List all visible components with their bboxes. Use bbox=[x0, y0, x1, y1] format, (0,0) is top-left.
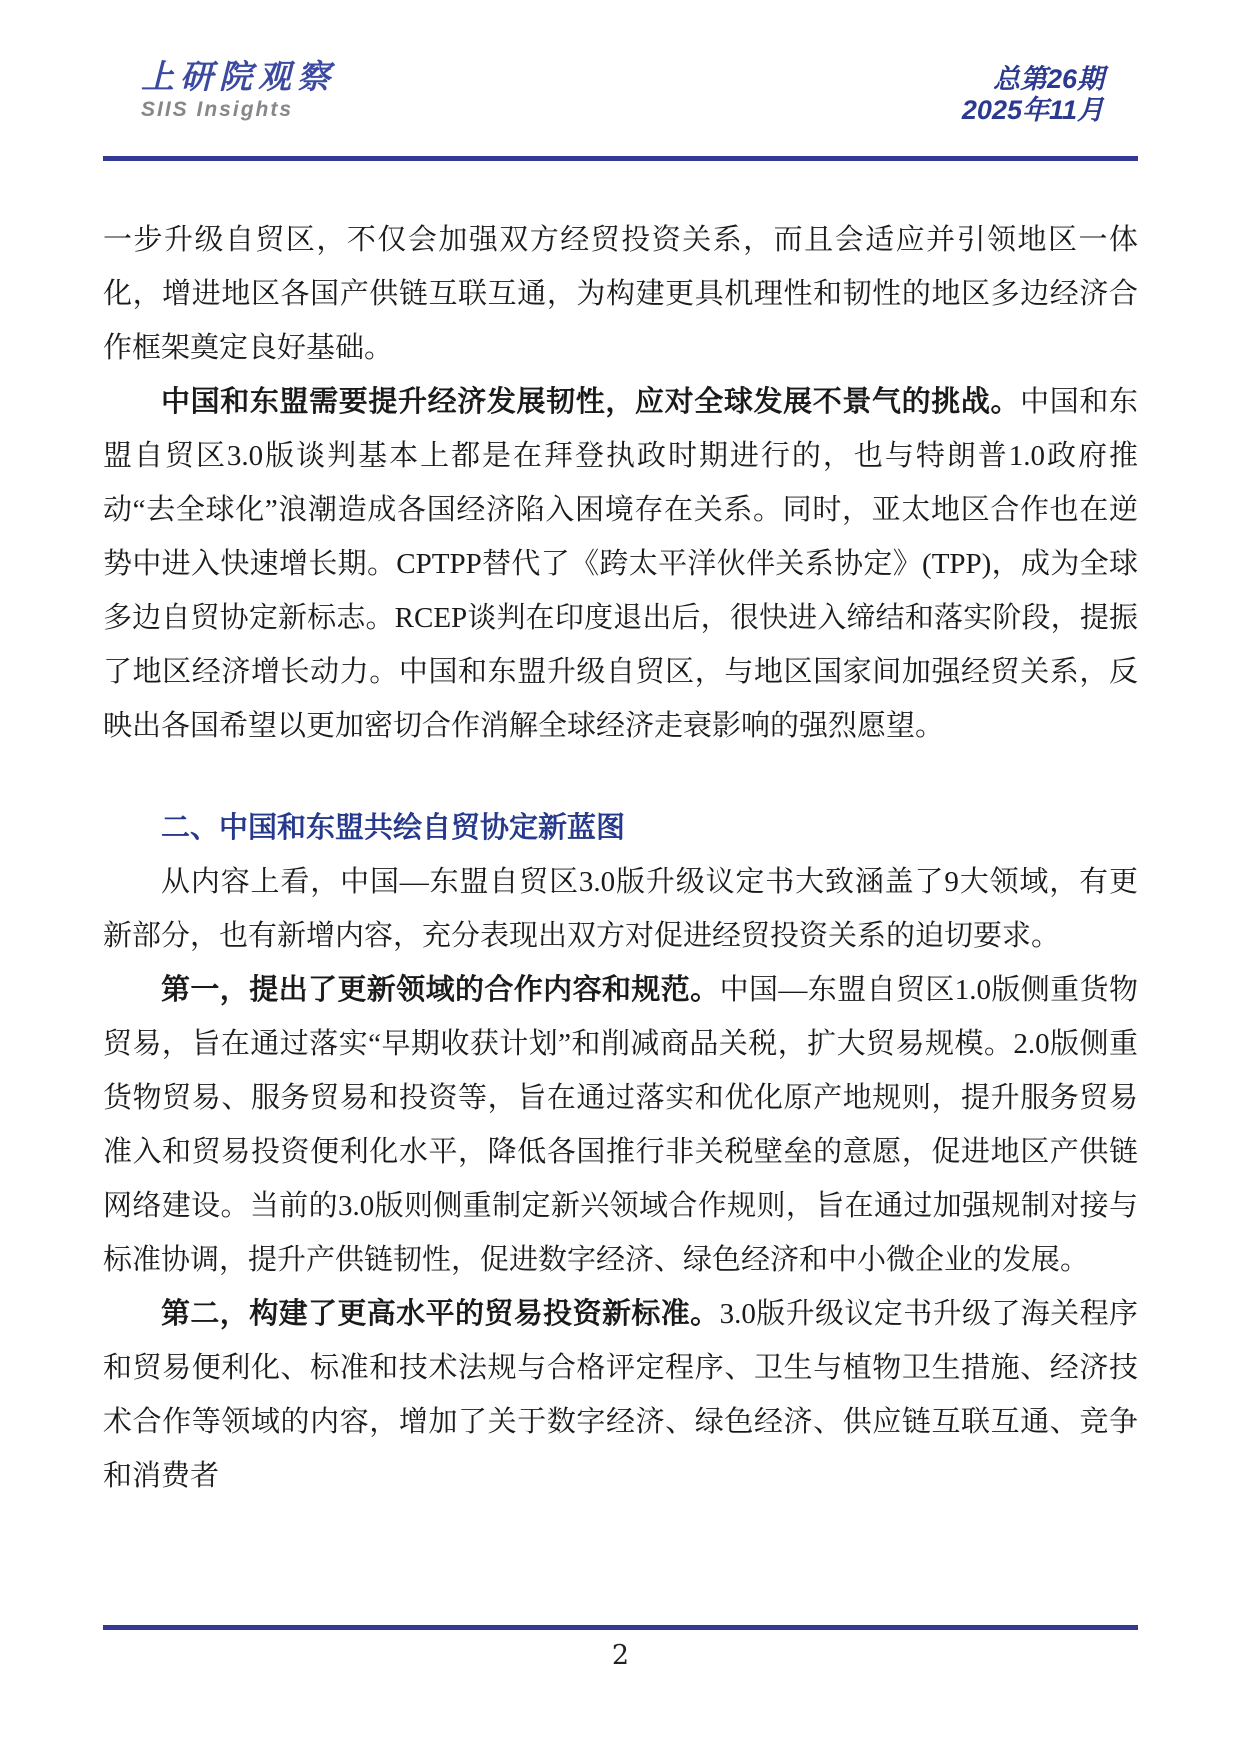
paragraph: 中国和东盟需要提升经济发展韧性，应对全球发展不景气的挑战。中国和东盟自贸区3.0… bbox=[103, 375, 1138, 753]
page-number: 2 bbox=[0, 1640, 1241, 1671]
paragraph-continuation: 一步升级自贸区，不仅会加强双方经贸投资关系，而且会适应并引领地区一体化，增进地区… bbox=[103, 213, 1138, 375]
paragraph-text: 中国—东盟自贸区1.0版侧重货物贸易，旨在通过落实“早期收获计划”和削减商品关税… bbox=[103, 974, 1138, 1276]
footer-divider bbox=[103, 1625, 1138, 1630]
document-page: 上研院观察 SIIS Insights 总第26期 2025年11月 一步升级自… bbox=[0, 0, 1241, 1754]
paragraph: 第一，提出了更新领域的合作内容和规范。中国—东盟自贸区1.0版侧重货物贸易，旨在… bbox=[103, 963, 1138, 1287]
page-body: 一步升级自贸区，不仅会加强双方经贸投资关系，而且会适应并引领地区一体化，增进地区… bbox=[103, 213, 1138, 1503]
page-header: 上研院观察 SIIS Insights 总第26期 2025年11月 bbox=[103, 58, 1138, 126]
logo: 上研院观察 SIIS Insights bbox=[141, 58, 336, 122]
issue-info: 总第26期 2025年11月 bbox=[962, 64, 1138, 126]
header-divider bbox=[103, 156, 1138, 161]
paragraph-lead: 第二，构建了更高水平的贸易投资新标准。 bbox=[161, 1298, 720, 1330]
paragraph-text: 中国和东盟自贸区3.0版谈判基本上都是在拜登执政时期进行的，也与特朗普1.0政府… bbox=[103, 386, 1138, 742]
paragraph-lead: 中国和东盟需要提升经济发展韧性，应对全球发展不景气的挑战。 bbox=[161, 386, 1020, 418]
issue-date: 2025年11月 bbox=[962, 95, 1104, 126]
paragraph: 从内容上看，中国—东盟自贸区3.0版升级议定书大致涵盖了9大领域，有更新部分，也… bbox=[103, 855, 1138, 963]
paragraph: 第二，构建了更高水平的贸易投资新标准。3.0版升级议定书升级了海关程序和贸易便利… bbox=[103, 1287, 1138, 1503]
issue-number: 总第26期 bbox=[962, 64, 1104, 95]
logo-english-title: SIIS Insights bbox=[141, 98, 336, 122]
paragraph-lead: 第一，提出了更新领域的合作内容和规范。 bbox=[161, 974, 720, 1006]
section-heading: 二、中国和东盟共绘自贸协定新蓝图 bbox=[103, 801, 1138, 855]
logo-chinese-title: 上研院观察 bbox=[141, 58, 336, 96]
